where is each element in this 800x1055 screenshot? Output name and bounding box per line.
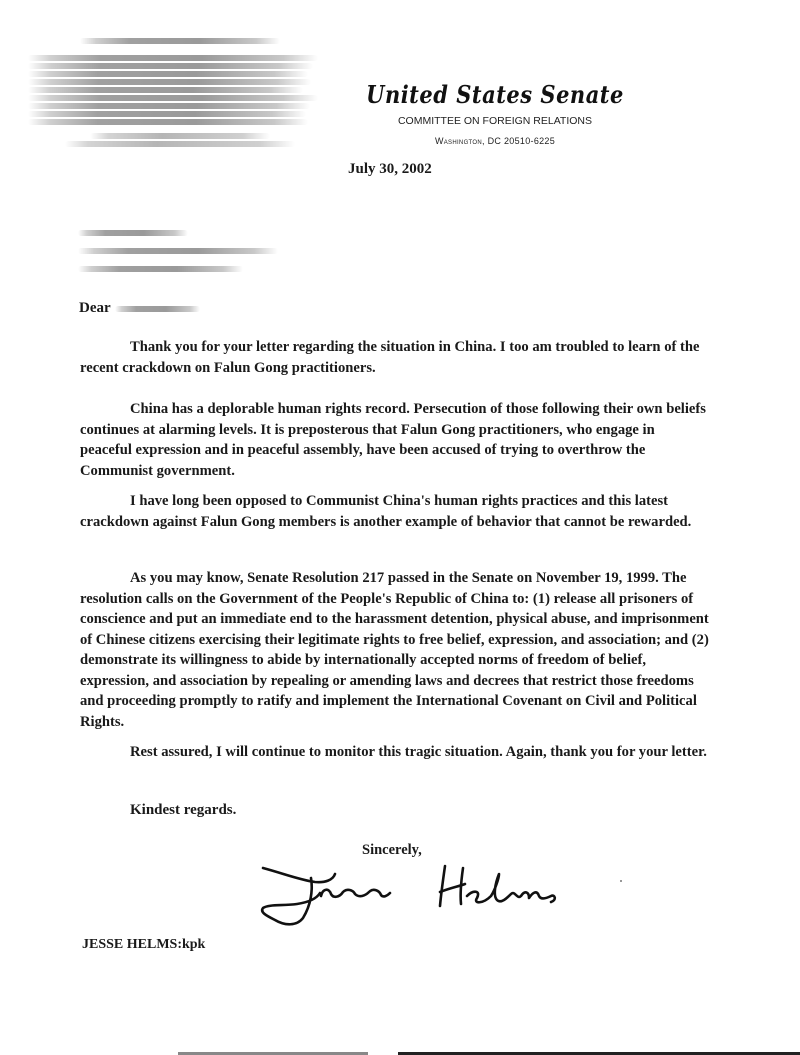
redaction-bar (28, 71, 308, 77)
redaction-bar (28, 103, 310, 109)
redaction-bar (28, 119, 308, 125)
letterhead-title: United States Senate (360, 80, 630, 109)
redaction-bar (28, 79, 311, 85)
paragraph-text: I have long been opposed to Communist Ch… (80, 491, 710, 532)
letter-date: July 30, 2002 (348, 161, 432, 178)
scan-speck (620, 880, 622, 882)
redacted-recipient-name (115, 306, 200, 312)
redaction-bar (65, 141, 295, 147)
closing: Kindest regards. (130, 802, 236, 819)
redaction-bar (90, 133, 270, 139)
letterhead-address: Washington, DC 20510-6225 (360, 136, 630, 146)
paragraph-text: China has a deplorable human rights reco… (80, 399, 710, 481)
salutation: Dear (79, 300, 111, 317)
letterhead: United States Senate COMMITTEE ON FOREIG… (360, 82, 630, 146)
redaction-bar (28, 95, 318, 101)
body-paragraph: Rest assured, I will continue to monitor… (80, 742, 710, 763)
redaction-bar (28, 111, 306, 117)
body-paragraph: China has a deplorable human rights reco… (80, 399, 710, 481)
redaction-bar (28, 63, 313, 69)
letterhead-committee: COMMITTEE ON FOREIGN RELATIONS (360, 115, 630, 127)
signature-icon (255, 860, 575, 930)
redaction-bar (78, 248, 278, 254)
paragraph-text: Thank you for your letter regarding the … (80, 337, 710, 378)
salutation-prefix: Dear (79, 300, 111, 316)
redaction-bar (80, 38, 280, 44)
body-paragraph: As you may know, Senate Resolution 217 p… (80, 568, 710, 732)
typist-initials: JESSE HELMS:kpk (82, 937, 205, 953)
body-paragraph: I have long been opposed to Communist Ch… (80, 491, 710, 532)
body-paragraph: Thank you for your letter regarding the … (80, 337, 710, 378)
paragraph-text: Rest assured, I will continue to monitor… (80, 742, 710, 763)
redaction-bar (28, 87, 303, 93)
paragraph-text: As you may know, Senate Resolution 217 p… (80, 568, 710, 732)
redaction-bar (28, 55, 318, 61)
sign-off: Sincerely, (362, 842, 422, 859)
redaction-bar (78, 266, 243, 272)
redaction-bar (78, 230, 188, 236)
